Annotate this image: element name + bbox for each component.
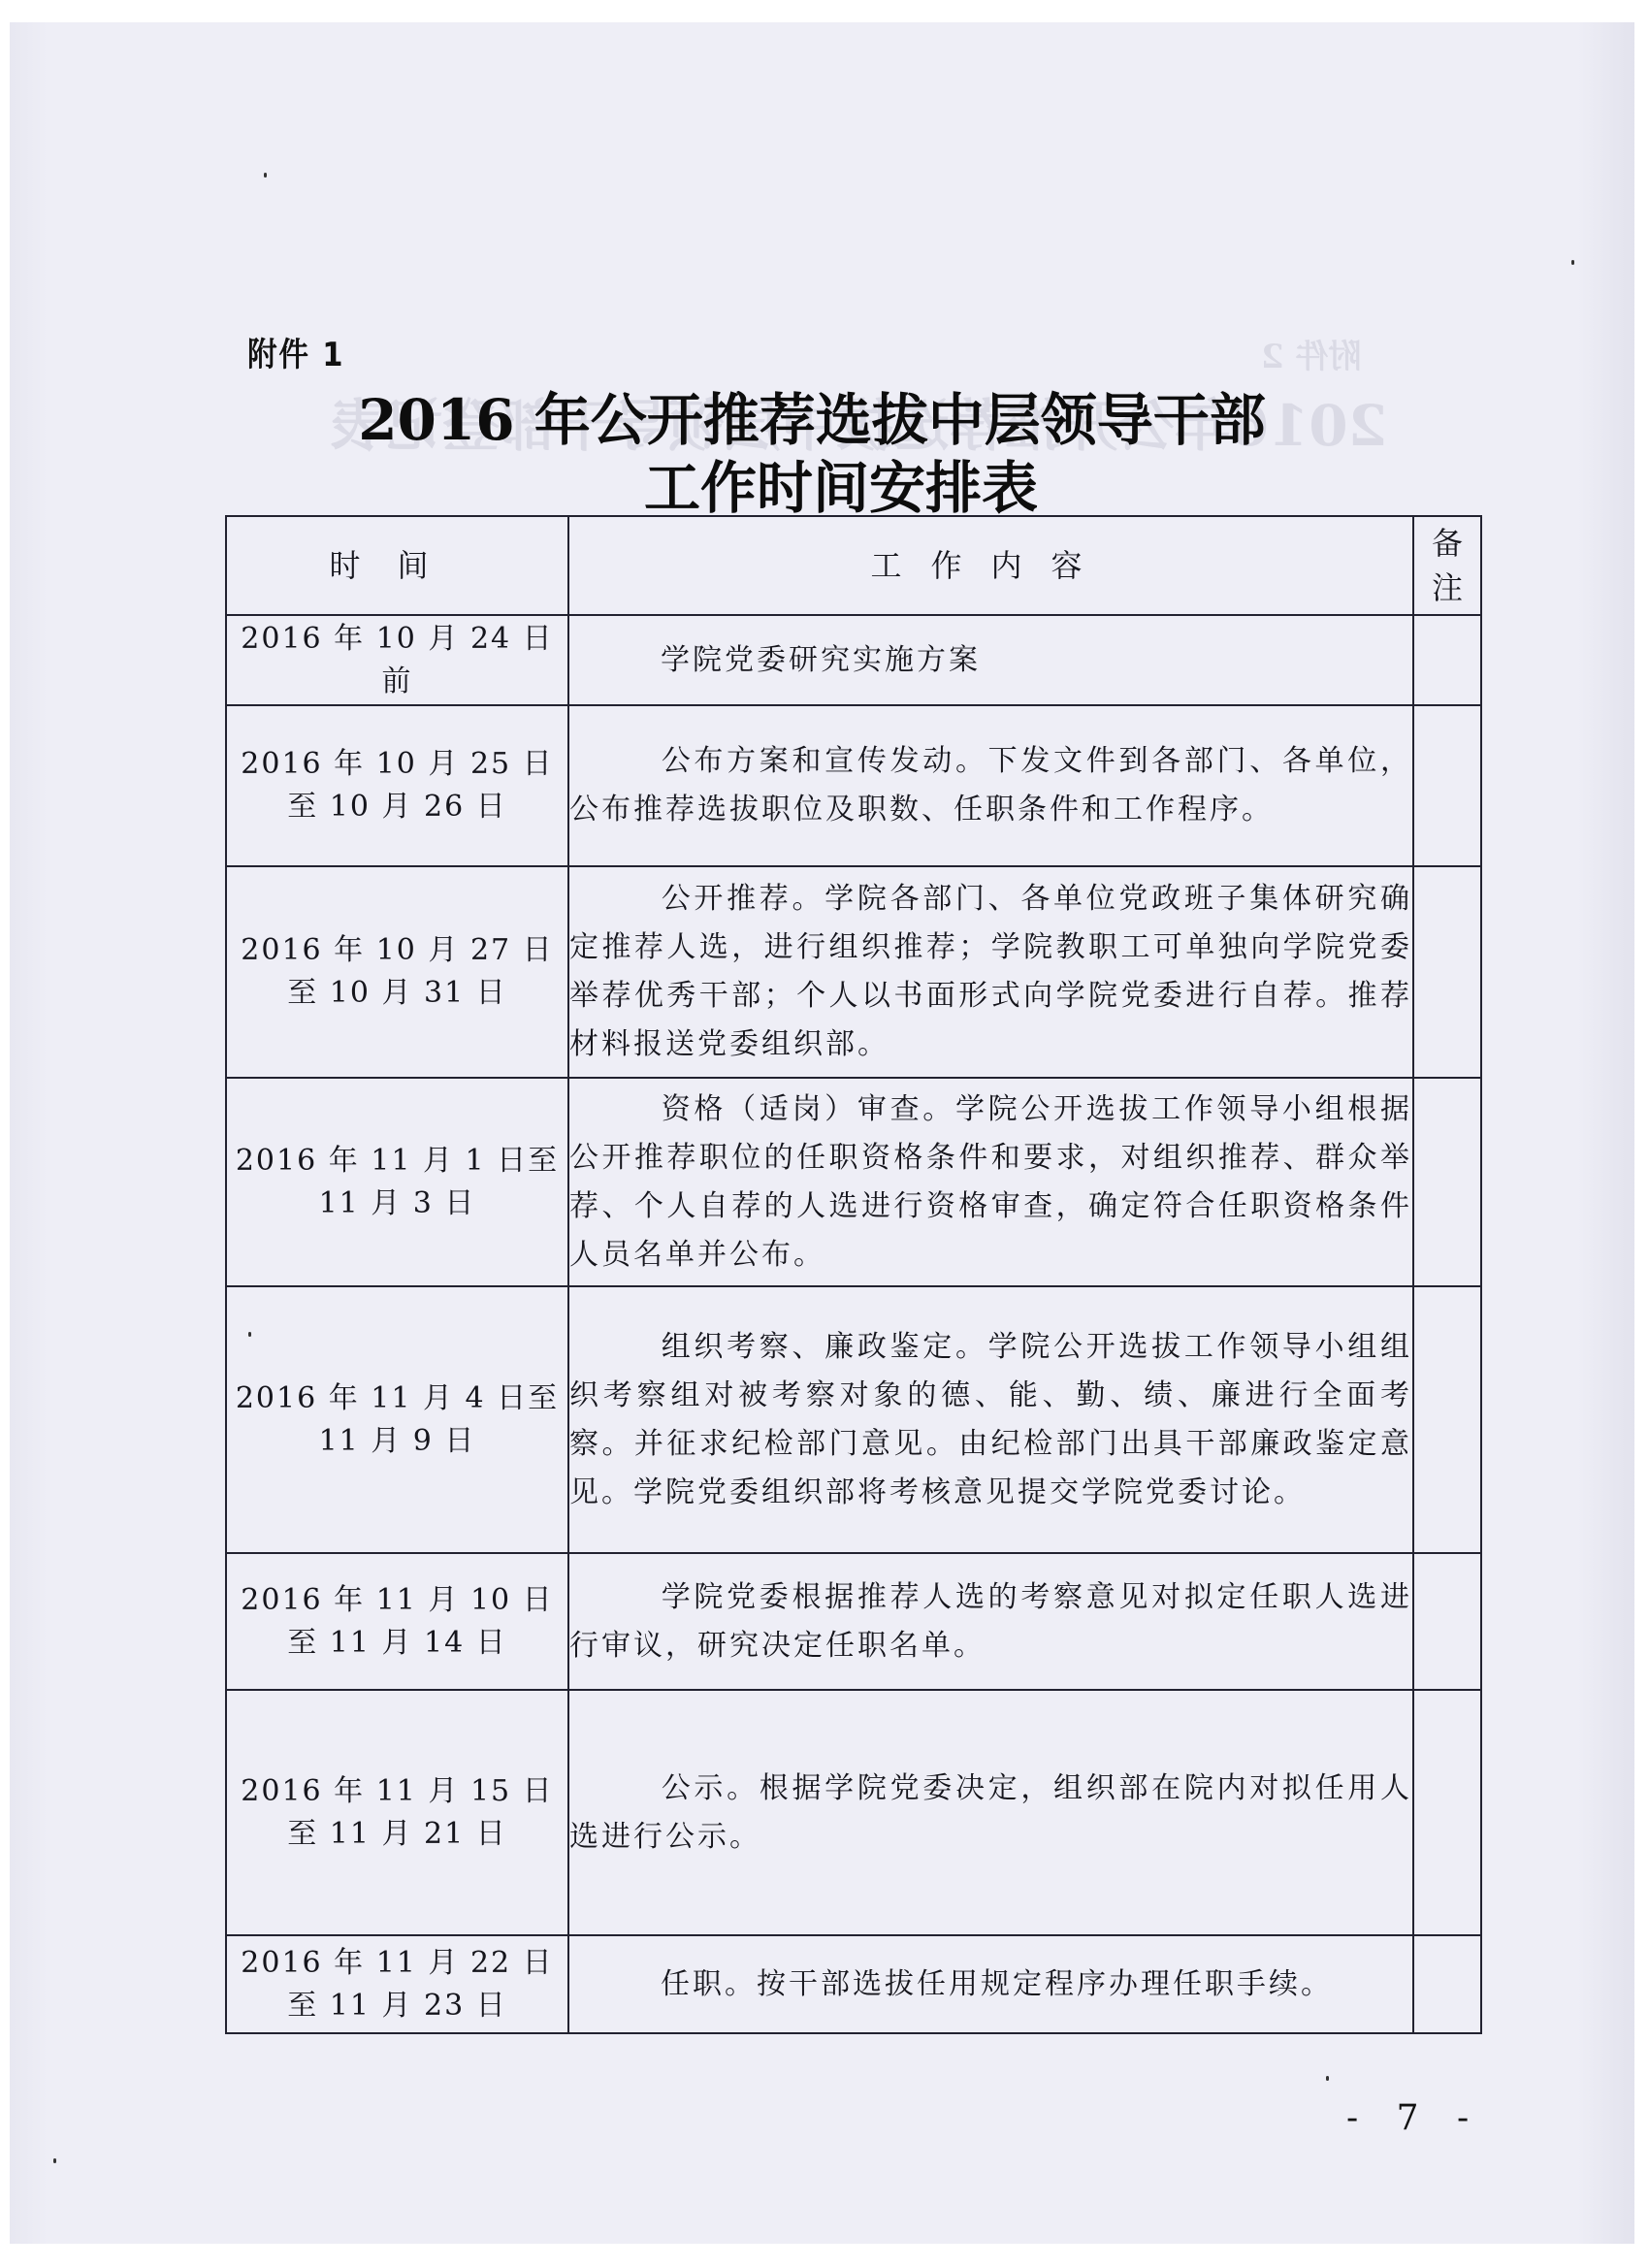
content-cell: 公开推荐。学院各部门、各单位党政班子集体研究确定推荐人选，进行组织推荐；学院教职… xyxy=(568,866,1413,1078)
time-cell: 2016 年 11 月 15 日 至 11 月 21 日 xyxy=(226,1690,568,1935)
document-title-line2: 工作时间安排表 xyxy=(613,442,1069,524)
time-start: 2016 年 10 月 27 日 xyxy=(227,929,567,972)
column-header-content: 工作内容 xyxy=(568,516,1413,615)
time-start: 2016 年 11 月 1 日至 xyxy=(227,1140,567,1183)
content-cell: 公示。根据学院党委决定，组织部在院内对拟任用人选进行公示。 xyxy=(568,1690,1413,1935)
column-header-time: 时间 xyxy=(226,516,568,615)
table-row: 2016 年 11 月 15 日 至 11 月 21 日 公示。根据学院党委决定… xyxy=(226,1690,1481,1935)
time-cell: 2016 年 11 月 22 日 至 11 月 23 日 xyxy=(226,1935,568,2033)
time-end: 11 月 3 日 xyxy=(227,1183,567,1225)
time-cell: 2016 年 10 月 24 日 前 xyxy=(226,615,568,705)
time-cell: 2016 年 10 月 27 日 至 10 月 31 日 xyxy=(226,866,568,1078)
remark-cell xyxy=(1413,615,1481,705)
time-end: 至 11 月 21 日 xyxy=(227,1813,567,1856)
scan-speck xyxy=(53,2158,56,2163)
time-end: 至 10 月 26 日 xyxy=(227,786,567,828)
content-text: 学院党委研究实施方案 xyxy=(661,643,981,677)
content-text: 公布方案和宣传发动。下发文件到各部门、各单位，公布推荐选拔职位及职数、任职条件和… xyxy=(569,744,1412,826)
content-text: 公开推荐。学院各部门、各单位党政班子集体研究确定推荐人选，进行组织推荐；学院教职… xyxy=(569,882,1412,1061)
content-cell: 学院党委研究实施方案 xyxy=(568,615,1413,705)
remark-cell xyxy=(1413,1935,1481,2033)
remark-cell xyxy=(1413,705,1481,866)
time-start: 2016 年 11 月 4 日至 xyxy=(227,1377,567,1420)
remark-header-char2: 注 xyxy=(1414,566,1480,610)
remark-header-char1: 备 xyxy=(1414,521,1480,566)
content-text: 资格（适岗）审查。学院公开选拔工作领导小组根据公开推荐职位的任职资格条件和要求，… xyxy=(569,1092,1412,1272)
table-row: 2016 年 11 月 4 日至 11 月 9 日 组织考察、廉政鉴定。学院公开… xyxy=(226,1286,1481,1553)
time-end: 前 xyxy=(227,661,567,703)
time-cell: 2016 年 11 月 10 日 至 11 月 14 日 xyxy=(226,1553,568,1690)
time-cell: 2016 年 11 月 4 日至 11 月 9 日 xyxy=(226,1286,568,1553)
table-row: 2016 年 10 月 25 日 至 10 月 26 日 公布方案和宣传发动。下… xyxy=(226,705,1481,866)
content-cell: 任职。按干部选拔任用规定程序办理任职手续。 xyxy=(568,1935,1413,2033)
table-row: 2016 年 11 月 10 日 至 11 月 14 日 学院党委根据推荐人选的… xyxy=(226,1553,1481,1690)
content-text: 公示。根据学院党委决定，组织部在院内对拟任用人选进行公示。 xyxy=(569,1771,1412,1854)
time-cell: 2016 年 10 月 25 日 至 10 月 26 日 xyxy=(226,705,568,866)
scan-speck xyxy=(1326,2076,1329,2081)
remark-cell xyxy=(1413,1078,1481,1286)
table-row: 2016 年 10 月 27 日 至 10 月 31 日 公开推荐。学院各部门、… xyxy=(226,866,1481,1078)
content-cell: 资格（适岗）审查。学院公开选拔工作领导小组根据公开推荐职位的任职资格条件和要求，… xyxy=(568,1078,1413,1286)
time-start: 2016 年 11 月 22 日 xyxy=(227,1942,567,1985)
remark-cell xyxy=(1413,1553,1481,1690)
time-end: 至 10 月 31 日 xyxy=(227,972,567,1015)
time-cell: 2016 年 11 月 1 日至 11 月 3 日 xyxy=(226,1078,568,1286)
content-cell: 组织考察、廉政鉴定。学院公开选拔工作领导小组组织考察组对被考察对象的德、能、勤、… xyxy=(568,1286,1413,1553)
table-row: 2016 年 11 月 22 日 至 11 月 23 日 任职。按干部选拔任用规… xyxy=(226,1935,1481,2033)
remark-cell xyxy=(1413,1690,1481,1935)
time-start: 2016 年 10 月 25 日 xyxy=(227,743,567,786)
content-cell: 学院党委根据推荐人选的考察意见对拟定任职人选进行审议，研究决定任职名单。 xyxy=(568,1553,1413,1690)
scan-speck xyxy=(264,173,267,178)
column-header-remark: 备 注 xyxy=(1413,516,1481,615)
time-start: 2016 年 11 月 15 日 xyxy=(227,1770,567,1813)
schedule-table: 时间 工作内容 备 注 2016 年 10 月 24 日 前 学院党委研究实施方… xyxy=(225,515,1482,2034)
attachment-label: 附件 1 xyxy=(247,328,344,375)
time-end: 11 月 9 日 xyxy=(227,1420,567,1463)
time-start: 2016 年 11 月 10 日 xyxy=(227,1579,567,1622)
content-text: 学院党委根据推荐人选的考察意见对拟定任职人选进行审议，研究决定任职名单。 xyxy=(569,1580,1412,1663)
content-text: 任职。按干部选拔任用规定程序办理任职手续。 xyxy=(661,1967,1333,2001)
content-text: 组织考察、廉政鉴定。学院公开选拔工作领导小组组织考察组对被考察对象的德、能、勤、… xyxy=(569,1330,1412,1509)
table-row: 2016 年 11 月 1 日至 11 月 3 日 资格（适岗）审查。学院公开选… xyxy=(226,1078,1481,1286)
time-start: 2016 年 10 月 24 日 xyxy=(227,618,567,661)
time-end: 至 11 月 14 日 xyxy=(227,1622,567,1665)
table-row: 2016 年 10 月 24 日 前 学院党委研究实施方案 xyxy=(226,615,1481,705)
scan-speck xyxy=(248,1332,251,1337)
table-header-row: 时间 工作内容 备 注 xyxy=(226,516,1481,615)
page-number: - 7 - xyxy=(1346,2098,1482,2138)
scan-speck xyxy=(1571,260,1574,265)
time-end: 至 11 月 23 日 xyxy=(227,1985,567,2027)
content-cell: 公布方案和宣传发动。下发文件到各部门、各单位，公布推荐选拔职位及职数、任职条件和… xyxy=(568,705,1413,866)
remark-cell xyxy=(1413,1286,1481,1553)
remark-cell xyxy=(1413,866,1481,1078)
